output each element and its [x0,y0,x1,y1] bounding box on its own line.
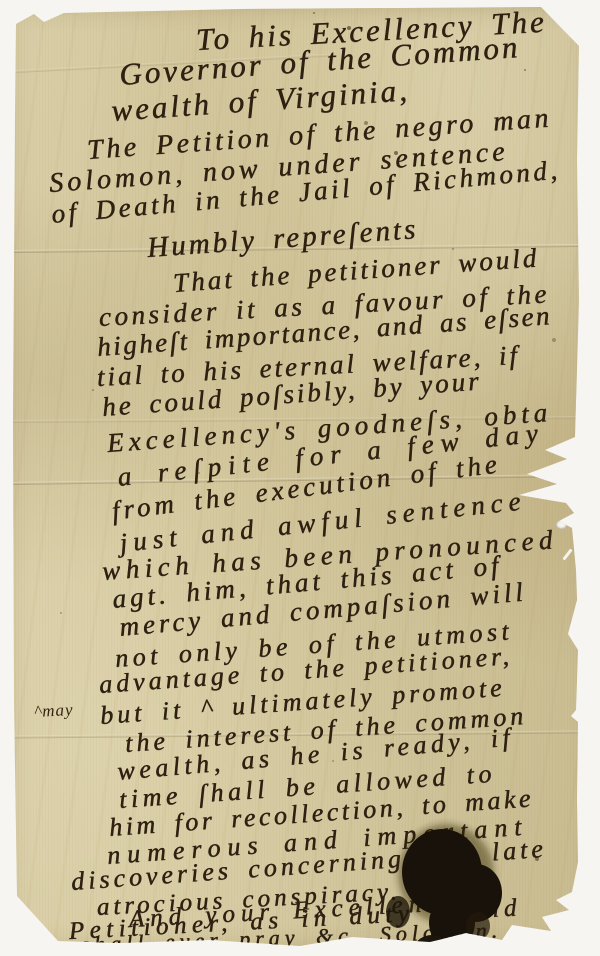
scanned-document: To his Excellency The Governor of the Co… [0,0,600,956]
handwritten-text: To his Excellency The Governor of the Co… [0,0,600,956]
paper-hole [556,520,567,529]
ink-blot [370,818,520,956]
margin-insertion-may: ^may [34,700,74,722]
manuscript-page: To his Excellency The Governor of the Co… [0,0,600,956]
paper-specks [0,0,2,2]
